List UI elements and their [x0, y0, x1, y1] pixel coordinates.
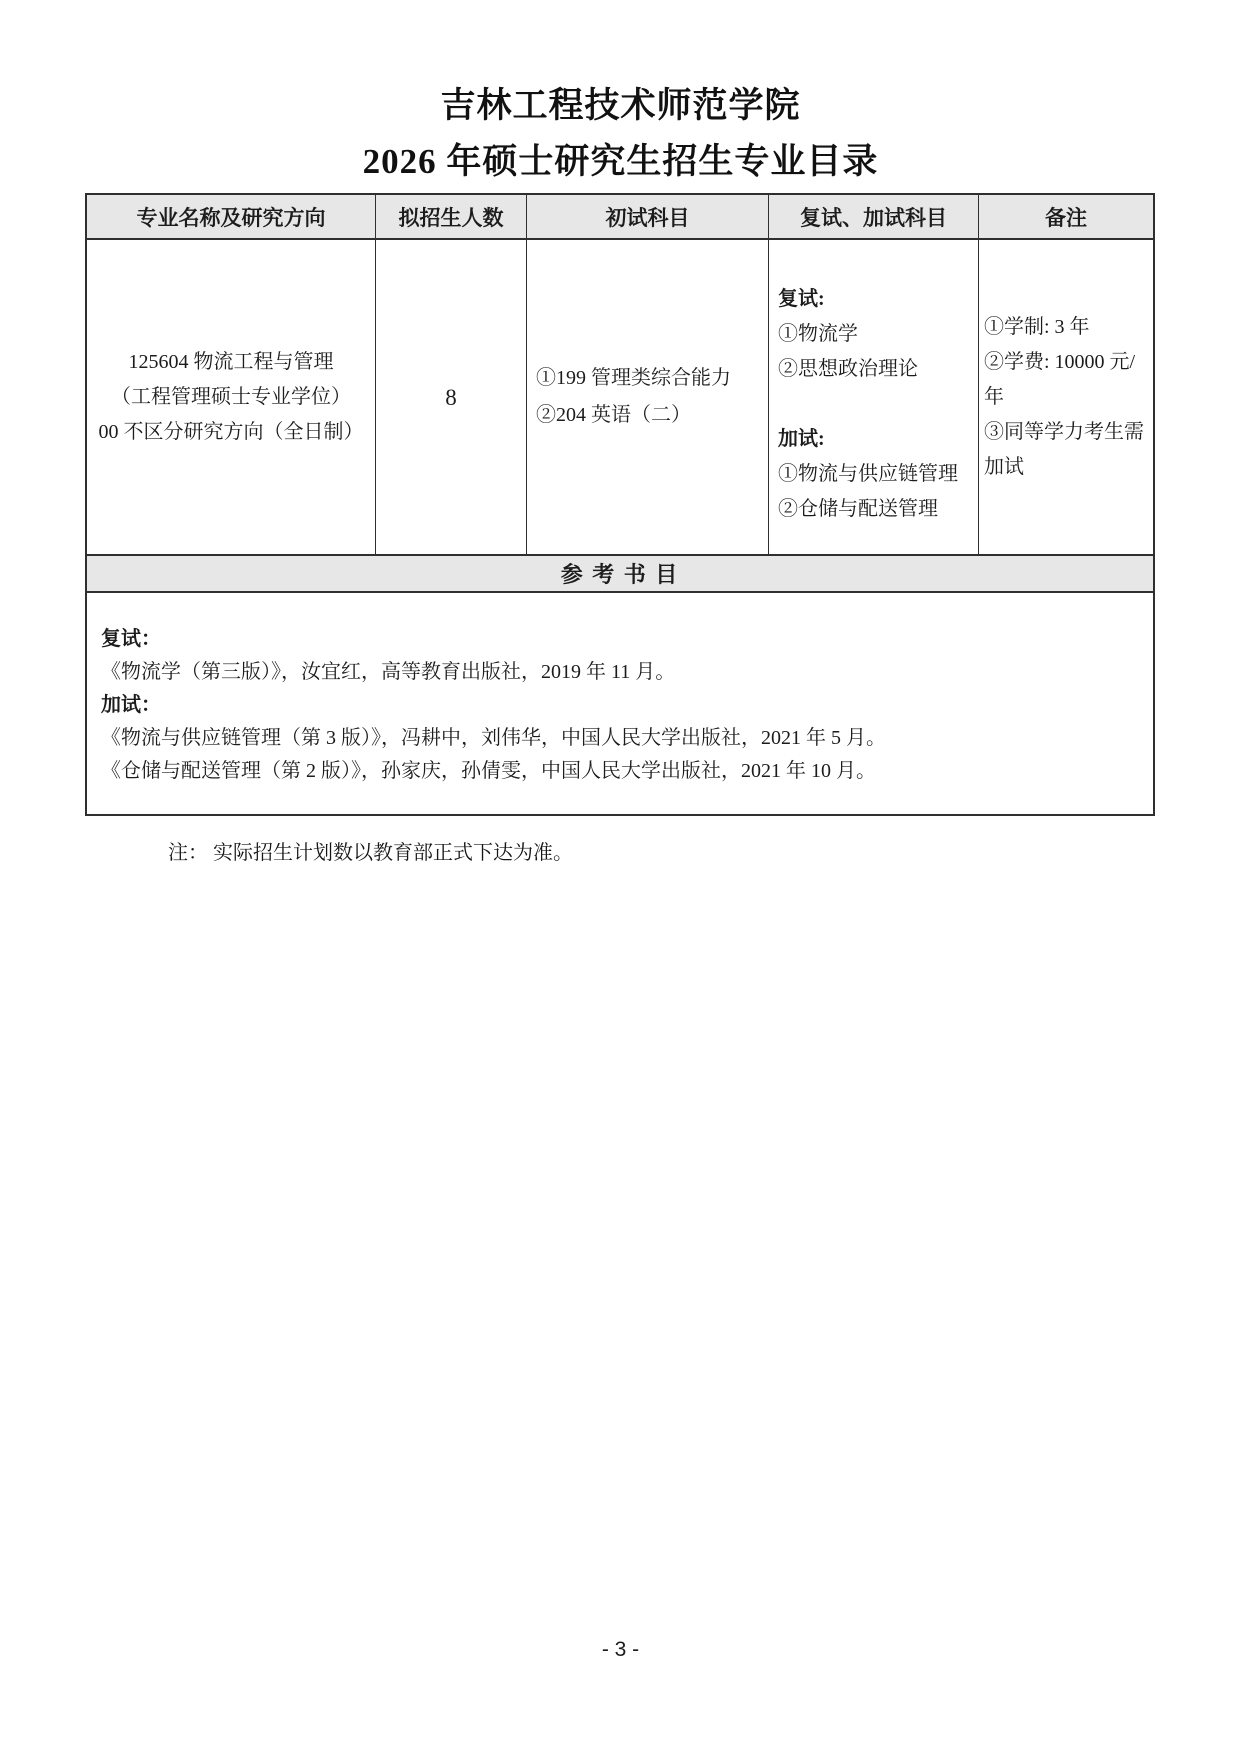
- retest-subject-2: ②思想政治理论: [778, 352, 978, 387]
- planned-count-value: 8: [445, 380, 457, 415]
- remarks-cell: ①学制: 3 年 ②学费: 10000 元/年 ③同等学力考生需加试: [979, 240, 1153, 554]
- ref-retest-book-1: 《物流学（第三版）》，汝宜红，高等教育出版社，2019 年 11 月。: [101, 656, 1139, 689]
- initial-exam-subject-1: ①199 管理类综合能力: [536, 360, 768, 397]
- page-number: - 3 -: [0, 1638, 1241, 1662]
- retest-subjects-cell: 复试: ①物流学 ②思想政治理论 加试: ①物流与供应链管理 ②仓储与配送管理: [769, 240, 979, 554]
- reference-books-band: 参 考 书 目: [87, 556, 1153, 593]
- ref-additional-book-1: 《物流与供应链管理（第 3 版）》，冯耕中，刘伟华，中国人民大学出版社，2021…: [101, 722, 1139, 755]
- remark-equivalent: ③同等学力考生需加试: [984, 415, 1153, 485]
- document-page: 吉林工程技术师范学院 2026 年硕士研究生招生专业目录 专业名称及研究方向 拟…: [0, 0, 1241, 1754]
- spacer: [778, 387, 978, 422]
- ref-additional-label: 加试：: [101, 689, 1139, 722]
- major-degree-type: （工程管理硕士专业学位）: [111, 380, 351, 415]
- header-major: 专业名称及研究方向: [87, 195, 376, 238]
- reference-books-body: 复试： 《物流学（第三版）》，汝宜红，高等教育出版社，2019 年 11 月。 …: [87, 593, 1153, 814]
- major-code-name: 125604 物流工程与管理: [129, 345, 334, 380]
- initial-exam-cell: ①199 管理类综合能力 ②204 英语（二）: [527, 240, 769, 554]
- remark-tuition: ②学费: 10000 元/年: [984, 345, 1153, 415]
- planned-count-cell: 8: [376, 240, 527, 554]
- university-title: 吉林工程技术师范学院: [0, 78, 1241, 128]
- additional-test-label: 加试:: [778, 422, 978, 457]
- ref-additional-book-2: 《仓储与配送管理（第 2 版）》，孙家庆，孙倩雯，中国人民大学出版社，2021 …: [101, 755, 1139, 788]
- additional-subject-1: ①物流与供应链管理: [778, 457, 978, 492]
- catalog-title: 2026 年硕士研究生招生专业目录: [0, 134, 1241, 184]
- major-cell: 125604 物流工程与管理 （工程管理硕士专业学位） 00 不区分研究方向（全…: [87, 240, 376, 554]
- remark-duration: ①学制: 3 年: [984, 310, 1153, 345]
- table-header-row: 专业名称及研究方向 拟招生人数 初试科目 复试、加试科目 备注: [87, 195, 1153, 240]
- header-remarks: 备注: [979, 195, 1153, 238]
- additional-subject-2: ②仓储与配送管理: [778, 492, 978, 527]
- admissions-table: 专业名称及研究方向 拟招生人数 初试科目 复试、加试科目 备注 125604 物…: [85, 193, 1155, 816]
- major-direction: 00 不区分研究方向（全日制）: [99, 415, 364, 450]
- header-planned-count: 拟招生人数: [376, 195, 527, 238]
- initial-exam-subject-2: ②204 英语（二）: [536, 397, 768, 434]
- footnote: 注： 实际招生计划数以教育部正式下达为准。: [168, 836, 573, 865]
- ref-retest-label: 复试：: [101, 623, 1139, 656]
- header-retest-subjects: 复试、加试科目: [769, 195, 979, 238]
- header-initial-exam: 初试科目: [527, 195, 769, 238]
- table-data-row: 125604 物流工程与管理 （工程管理硕士专业学位） 00 不区分研究方向（全…: [87, 240, 1153, 556]
- retest-subject-1: ①物流学: [778, 317, 978, 352]
- retest-label: 复试:: [778, 282, 978, 317]
